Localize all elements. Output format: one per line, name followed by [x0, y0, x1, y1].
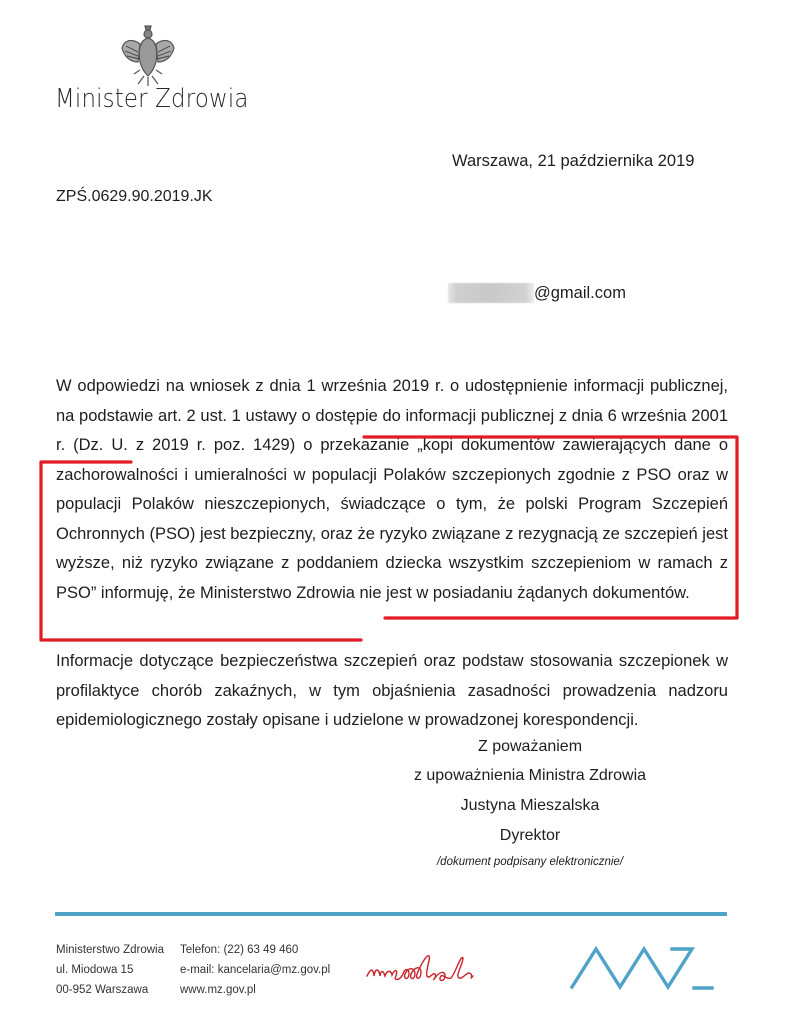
body-paragraph-1: W odpowiedzi na wniosek z dnia 1 wrześni… [56, 372, 728, 608]
place-date: Warszawa, 21 października 2019 [452, 152, 694, 171]
footer-address-line: ul. Miodowa 15 [56, 960, 164, 980]
reference-number: ZPŚ.0629.90.2019.JK [56, 188, 213, 206]
mz-logo-icon [568, 945, 718, 998]
signature-title: Dyrektor [380, 827, 680, 845]
polish-eagle-emblem-icon [120, 22, 176, 88]
footer-website-link[interactable]: www.mz.gov.pl [180, 980, 330, 1000]
body-paragraph-2: Informacje dotyczące bezpieczeństwa szcz… [56, 647, 728, 736]
signature-authority: z upoważnienia Ministra Zdrowia [380, 767, 680, 785]
footer-address: Ministerstwo Zdrowia ul. Miodowa 15 00-9… [56, 940, 164, 1000]
footer-divider [55, 912, 727, 916]
footer-address-line: Ministerstwo Zdrowia [56, 940, 164, 960]
redacted-block [448, 283, 534, 303]
signature-name: Justyna Mieszalska [380, 797, 680, 815]
org-title: Minister Zdrowia [55, 84, 249, 114]
footer-phone: Telefon: (22) 63 49 460 [180, 940, 330, 960]
recipient-email: @gmail.com [448, 283, 626, 303]
footer-email-link[interactable]: e-mail: kancelaria@mz.gov.pl [180, 960, 330, 980]
signature-closing: Z poważaniem [380, 738, 680, 756]
footer-contact: Telefon: (22) 63 49 460 e-mail: kancelar… [180, 940, 330, 1000]
recipient-email-domain: @gmail.com [534, 284, 626, 303]
signature-note: /dokument podpisany elektronicznie/ [380, 856, 680, 868]
footer-address-line: 00-952 Warszawa [56, 980, 164, 1000]
niepodlegla-logo-icon [365, 948, 545, 993]
